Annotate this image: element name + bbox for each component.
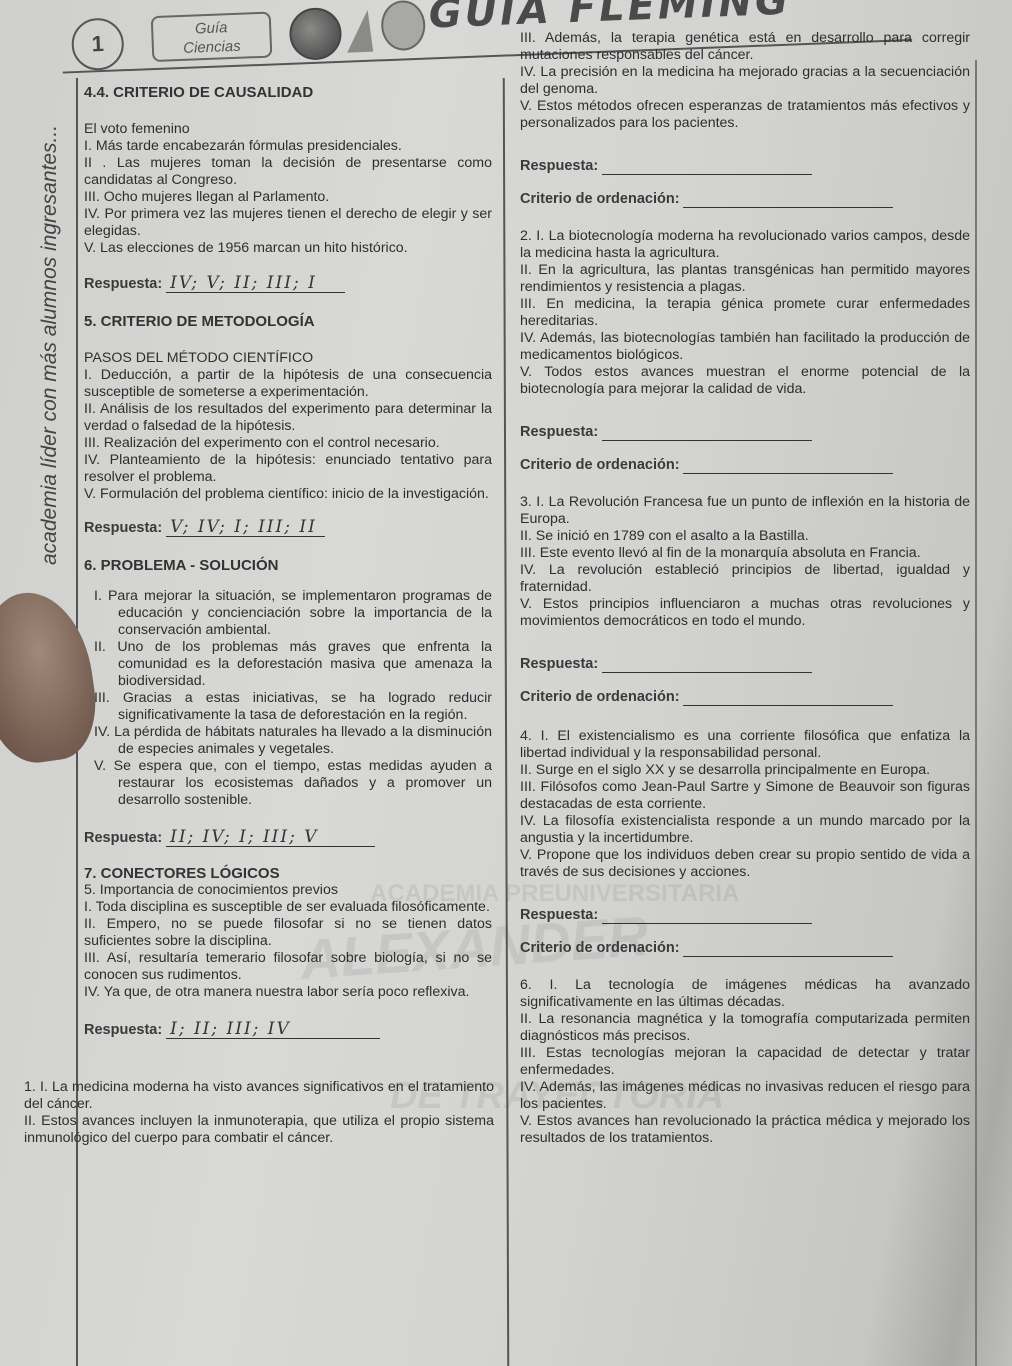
section-7-items: I. Toda disciplina es susceptible de ser… (84, 899, 492, 1001)
question-4-criterion: Criterio de ordenación: (520, 940, 970, 957)
list-item: III. Este evento llevó al fin de la mona… (520, 545, 970, 562)
list-item: III. Ocho mujeres llegan al Parlamento. (84, 189, 492, 206)
list-item: III. Además, la terapia genética está en… (520, 30, 970, 64)
criterion-label: Criterio de ordenación: (520, 940, 680, 956)
list-item: III. Estas tecnologías mejoran la capaci… (520, 1045, 970, 1079)
list-item: II. Análisis de los resultados del exper… (84, 401, 492, 435)
list-item: V. Estos avances han revolucionado la pr… (520, 1113, 970, 1147)
answer-field[interactable]: V; IV; I; III; II (166, 519, 325, 537)
answer-label: Respuesta: (520, 158, 598, 174)
question-6: 6. I. La tecnología de imágenes médicas … (520, 977, 970, 1147)
criterion-field[interactable] (683, 956, 893, 957)
section-5-topic: PASOS DEL MÉTODO CIENTÍFICO (84, 350, 492, 367)
section-6-title: 6. PROBLEMA - SOLUCIÓN (84, 557, 492, 574)
question-4: 4. I. El existencialismo es una corrient… (520, 728, 970, 881)
list-item: II. Se inició en 1789 con el asalto a la… (520, 528, 970, 545)
section-7-answer: Respuesta: I; II; III; IV (84, 1021, 492, 1039)
list-item: I. Para mejorar la situación, se impleme… (94, 588, 492, 639)
list-item: IV. La pérdida de hábitats naturales ha … (94, 724, 492, 758)
answer-field[interactable] (602, 174, 812, 175)
list-item: II. En la agricultura, las plantas trans… (520, 262, 970, 296)
question-3: 3. I. La Revolución Francesa fue un punt… (520, 494, 970, 630)
section-4-4-topic: El voto femenino (84, 121, 492, 138)
answer-field[interactable]: IV; V; II; III; I (166, 275, 345, 293)
list-item: V. Formulación del problema científico: … (84, 486, 492, 503)
answer-field[interactable]: I; II; III; IV (166, 1021, 380, 1039)
subject-label: Ciencias (154, 36, 271, 59)
list-item: 3. I. La Revolución Francesa fue un punt… (520, 494, 970, 528)
list-item: IV. La filosofía existencialista respond… (520, 813, 970, 847)
list-item: V. Todos estos avances muestran el enorm… (520, 364, 970, 398)
criterion-label: Criterio de ordenación: (520, 457, 680, 473)
answer-field[interactable]: II; IV; I; III; V (166, 829, 375, 847)
list-item: 1. I. La medicina moderna ha visto avanc… (24, 1079, 494, 1113)
list-item: II. La resonancia magnética y la tomogra… (520, 1011, 970, 1045)
list-item: V. Se espera que, con el tiempo, estas m… (94, 758, 492, 809)
question-2-answer: Respuesta: (520, 424, 970, 441)
question-4-answer: Respuesta: (520, 907, 970, 924)
question-1-answer: Respuesta: (520, 158, 970, 175)
answer-field[interactable] (602, 440, 812, 441)
list-item: II. Empero, no se puede filosofar si no … (84, 916, 492, 950)
list-item: I. Deducción, a partir de la hipótesis d… (84, 367, 492, 401)
globe-icon (289, 7, 343, 61)
answer-label: Respuesta: (84, 830, 162, 846)
answer-field[interactable] (602, 923, 812, 924)
list-item: III. Gracias a estas iniciativas, se ha … (94, 690, 492, 724)
section-5-items: I. Deducción, a partir de la hipótesis d… (84, 367, 492, 503)
section-4-4-title: 4.4. CRITERIO DE CAUSALIDAD (84, 84, 492, 101)
answer-label: Respuesta: (520, 424, 598, 440)
question-2: 2. I. La biotecnología moderna ha revolu… (520, 228, 970, 398)
list-item: II. Estos avances incluyen la inmunotera… (24, 1113, 494, 1147)
question-1-continued: III. Además, la terapia genética está en… (520, 30, 970, 132)
margin-slogan: academia líder con más alumnos ingresant… (38, 125, 62, 565)
question-2-criterion: Criterio de ordenación: (520, 457, 970, 474)
list-item: V. Estos principios influenciaron a much… (520, 596, 970, 630)
answer-label: Respuesta: (520, 907, 598, 923)
list-item: V. Estos métodos ofrecen esperanzas de t… (520, 98, 970, 132)
list-item: IV. Además, las biotecnologías también h… (520, 330, 970, 364)
list-item: IV. Ya que, de otra manera nuestra labor… (84, 984, 492, 1001)
question-1: 1. I. La medicina moderna ha visto avanc… (24, 1079, 494, 1147)
criterion-label: Criterio de ordenación: (520, 191, 680, 207)
answer-label: Respuesta: (84, 276, 162, 292)
section-6-items: I. Para mejorar la situación, se impleme… (84, 588, 492, 809)
list-item: IV. La revolución estableció principios … (520, 562, 970, 596)
question-3-answer: Respuesta: (520, 656, 970, 673)
guide-subject-badge: Guía Ciencias (151, 12, 273, 63)
section-4-4-items: I. Más tarde encabezarán fórmulas presid… (84, 138, 492, 257)
column-divider (503, 78, 509, 1366)
list-item: III. Filósofos como Jean-Paul Sartre y S… (520, 779, 970, 813)
criterion-field[interactable] (683, 473, 893, 474)
section-7-topic: 5. Importancia de conocimientos previos (84, 882, 492, 899)
list-item: I. Toda disciplina es susceptible de ser… (84, 899, 492, 916)
list-item: 2. I. La biotecnología moderna ha revolu… (520, 228, 970, 262)
answer-label: Respuesta: (84, 1022, 162, 1038)
guide-number: 1 (71, 17, 125, 71)
list-item: IV. Por primera vez las mujeres tienen e… (84, 206, 492, 240)
left-column: 4.4. CRITERIO DE CAUSALIDAD El voto feme… (84, 84, 492, 1147)
einstein-face-icon (380, 0, 426, 51)
answer-label: Respuesta: (520, 656, 598, 672)
right-column: III. Además, la terapia genética está en… (520, 30, 970, 1147)
right-page-edge (975, 60, 977, 1366)
list-item: II. Surge en el siglo XX y se desarrolla… (520, 762, 970, 779)
list-item: IV. La precisión en la medicina ha mejor… (520, 64, 970, 98)
list-item: III. Así, resultaría temerario filosofar… (84, 950, 492, 984)
section-4-4-answer: Respuesta: IV; V; II; III; I (84, 275, 492, 293)
criterion-label: Criterio de ordenación: (520, 689, 680, 705)
list-item: I. Más tarde encabezarán fórmulas presid… (84, 138, 492, 155)
ruler-triangle-icon (346, 10, 374, 53)
criterion-field[interactable] (683, 207, 893, 208)
list-item: II . Las mujeres toman la decisión de pr… (84, 155, 492, 189)
section-5-answer: Respuesta: V; IV; I; III; II (84, 519, 492, 537)
answer-label: Respuesta: (84, 520, 162, 536)
criterion-field[interactable] (683, 705, 893, 706)
worksheet-page: ACADEMIA PREUNIVERSITARIA ALEXANDER DE T… (0, 0, 1012, 1366)
answer-field[interactable] (602, 672, 812, 673)
list-item: IV. Además, las imágenes médicas no inva… (520, 1079, 970, 1113)
list-item: III. Realización del experimento con el … (84, 435, 492, 452)
list-item: II. Uno de los problemas más graves que … (94, 639, 492, 690)
list-item: 6. I. La tecnología de imágenes médicas … (520, 977, 970, 1011)
list-item: 4. I. El existencialismo es una corrient… (520, 728, 970, 762)
list-item: V. Las elecciones de 1956 marcan un hito… (84, 240, 492, 257)
list-item: III. En medicina, la terapia génica prom… (520, 296, 970, 330)
list-item: IV. Planteamiento de la hipótesis: enunc… (84, 452, 492, 486)
list-item: V. Propone que los individuos deben crea… (520, 847, 970, 881)
section-5-title: 5. CRITERIO DE METODOLOGÍA (84, 313, 492, 330)
question-3-criterion: Criterio de ordenación: (520, 689, 970, 706)
section-7-title: 7. CONECTORES LÓGICOS (84, 865, 492, 882)
question-1-criterion: Criterio de ordenación: (520, 191, 970, 208)
section-6-answer: Respuesta: II; IV; I; III; V (84, 829, 492, 847)
